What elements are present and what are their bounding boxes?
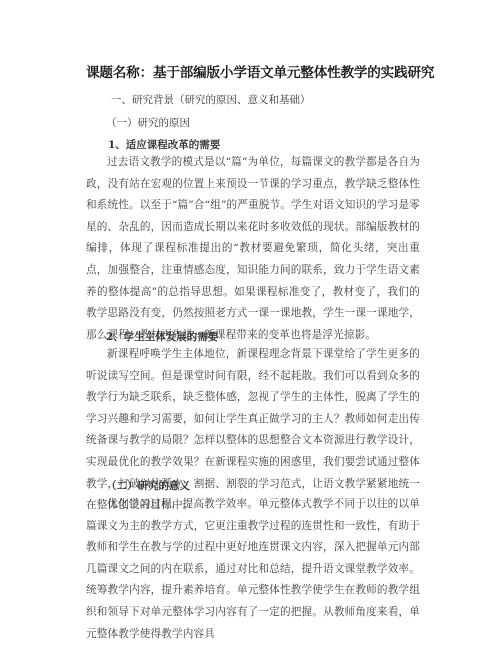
document-title: 课题名称：基于部编版小学语文单元整体性教学的实践研究 [86, 61, 426, 81]
subsection-heading-reasons: （一）研究的原因 [106, 115, 190, 130]
item-heading-curriculum-reform: 1、适应课程改革的需要 [108, 137, 220, 152]
paragraph-significance: 优化学习过程，提高教学效率。单元整体式教学不同于以往的以单篇课文为主的教学方式，… [86, 494, 420, 645]
item-heading-student-development: 2、学生主体发展的需要 [106, 329, 218, 344]
subsection-heading-significance: （二）研究的意义 [106, 478, 190, 493]
section-heading-background: 一、研究背景（研究的原因、意义和基础） [111, 92, 311, 107]
document-page: 课题名称：基于部编版小学语文单元整体性教学的实践研究 一、研究背景（研究的原因、… [0, 0, 500, 655]
paragraph-curriculum-reform: 过去语文教学的模式是以“篇”为单位，每篇课文的教学都是各自为政，没有站在宏观的位… [86, 152, 420, 346]
